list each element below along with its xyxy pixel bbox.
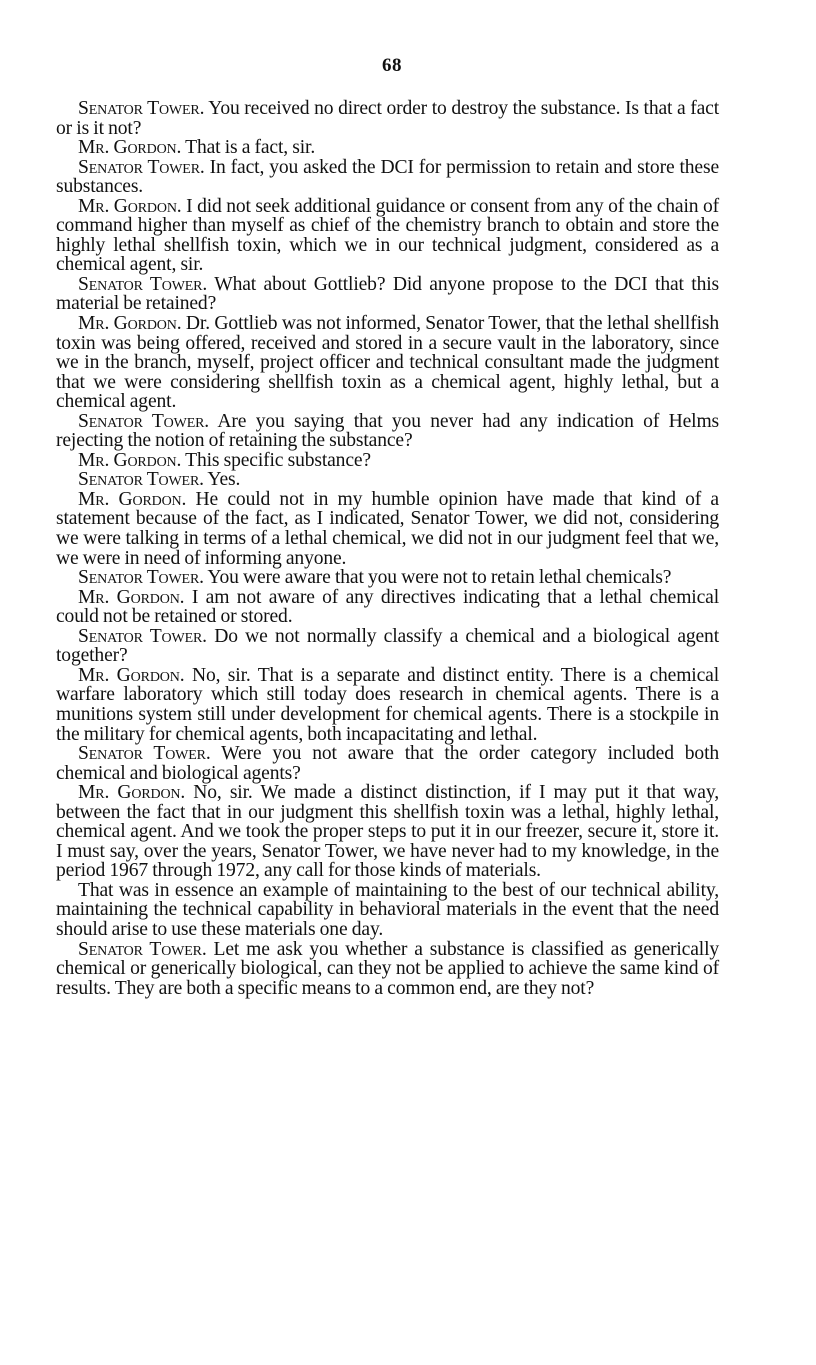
transcript-paragraph: Senator Tower. Let me ask you whether a …: [56, 940, 719, 999]
transcript-paragraph: Senator Tower. You were aware that you w…: [56, 568, 719, 588]
transcript-paragraph: Senator Tower. Are you saying that you n…: [56, 412, 719, 451]
transcript-paragraph: Mr. Gordon. That is a fact, sir.: [56, 138, 719, 158]
transcript-paragraph: Mr. Gordon. Dr. Gottlieb was not informe…: [56, 314, 719, 412]
transcript-paragraph: Senator Tower. Do we not normally classi…: [56, 627, 719, 666]
transcript-paragraph: Mr. Gordon. No, sir. That is a separate …: [56, 666, 719, 744]
speaker-name: Senator Tower.: [78, 743, 211, 764]
speaker-name: Mr. Gordon.: [78, 313, 181, 334]
transcript-paragraph: Senator Tower. Yes.: [56, 470, 719, 490]
statement-text: Yes.: [204, 469, 240, 490]
speaker-name: Senator Tower.: [78, 98, 204, 119]
page-number: 68: [0, 55, 784, 77]
speaker-name: Senator Tower.: [78, 567, 204, 588]
transcript-paragraph: That was in essence an example of mainta…: [56, 881, 719, 940]
speaker-name: Mr. Gordon.: [78, 665, 184, 686]
transcript-body: Senator Tower. You received no direct or…: [56, 99, 719, 998]
transcript-paragraph: Mr. Gordon. I am not aware of any direct…: [56, 588, 719, 627]
transcript-paragraph: Mr. Gordon. I did not seek additional gu…: [56, 197, 719, 275]
speaker-name: Senator Tower.: [78, 157, 205, 178]
speaker-name: Senator Tower.: [78, 469, 204, 490]
transcript-paragraph: Mr. Gordon. No, sir. We made a distinct …: [56, 783, 719, 881]
speaker-name: Mr. Gordon.: [78, 196, 182, 217]
transcript-paragraph: Mr. Gordon. He could not in my humble op…: [56, 490, 719, 568]
speaker-name: Mr. Gordon.: [78, 489, 186, 510]
speaker-name: Mr. Gordon.: [78, 450, 181, 471]
speaker-name: Senator Tower.: [78, 274, 207, 295]
statement-text: You were aware that you were not to reta…: [204, 567, 671, 588]
speaker-name: Mr. Gordon.: [78, 137, 181, 158]
transcript-paragraph: Mr. Gordon. This specific substance?: [56, 451, 719, 471]
statement-text: That is a fact, sir.: [181, 137, 315, 158]
speaker-name: Mr. Gordon.: [78, 587, 184, 608]
transcript-paragraph: Senator Tower. What about Gottlieb? Did …: [56, 275, 719, 314]
statement-text: This specific substance?: [181, 450, 371, 471]
speaker-name: Senator Tower.: [78, 411, 209, 432]
speaker-name: Senator Tower.: [78, 626, 207, 647]
transcript-paragraph: Senator Tower. Were you not aware that t…: [56, 744, 719, 783]
transcript-paragraph: Senator Tower. In fact, you asked the DC…: [56, 158, 719, 197]
transcript-paragraph: Senator Tower. You received no direct or…: [56, 99, 719, 138]
speaker-name: Mr. Gordon.: [78, 782, 185, 803]
speaker-name: Senator Tower.: [78, 939, 207, 960]
statement-text: That was in essence an example of mainta…: [56, 880, 719, 940]
